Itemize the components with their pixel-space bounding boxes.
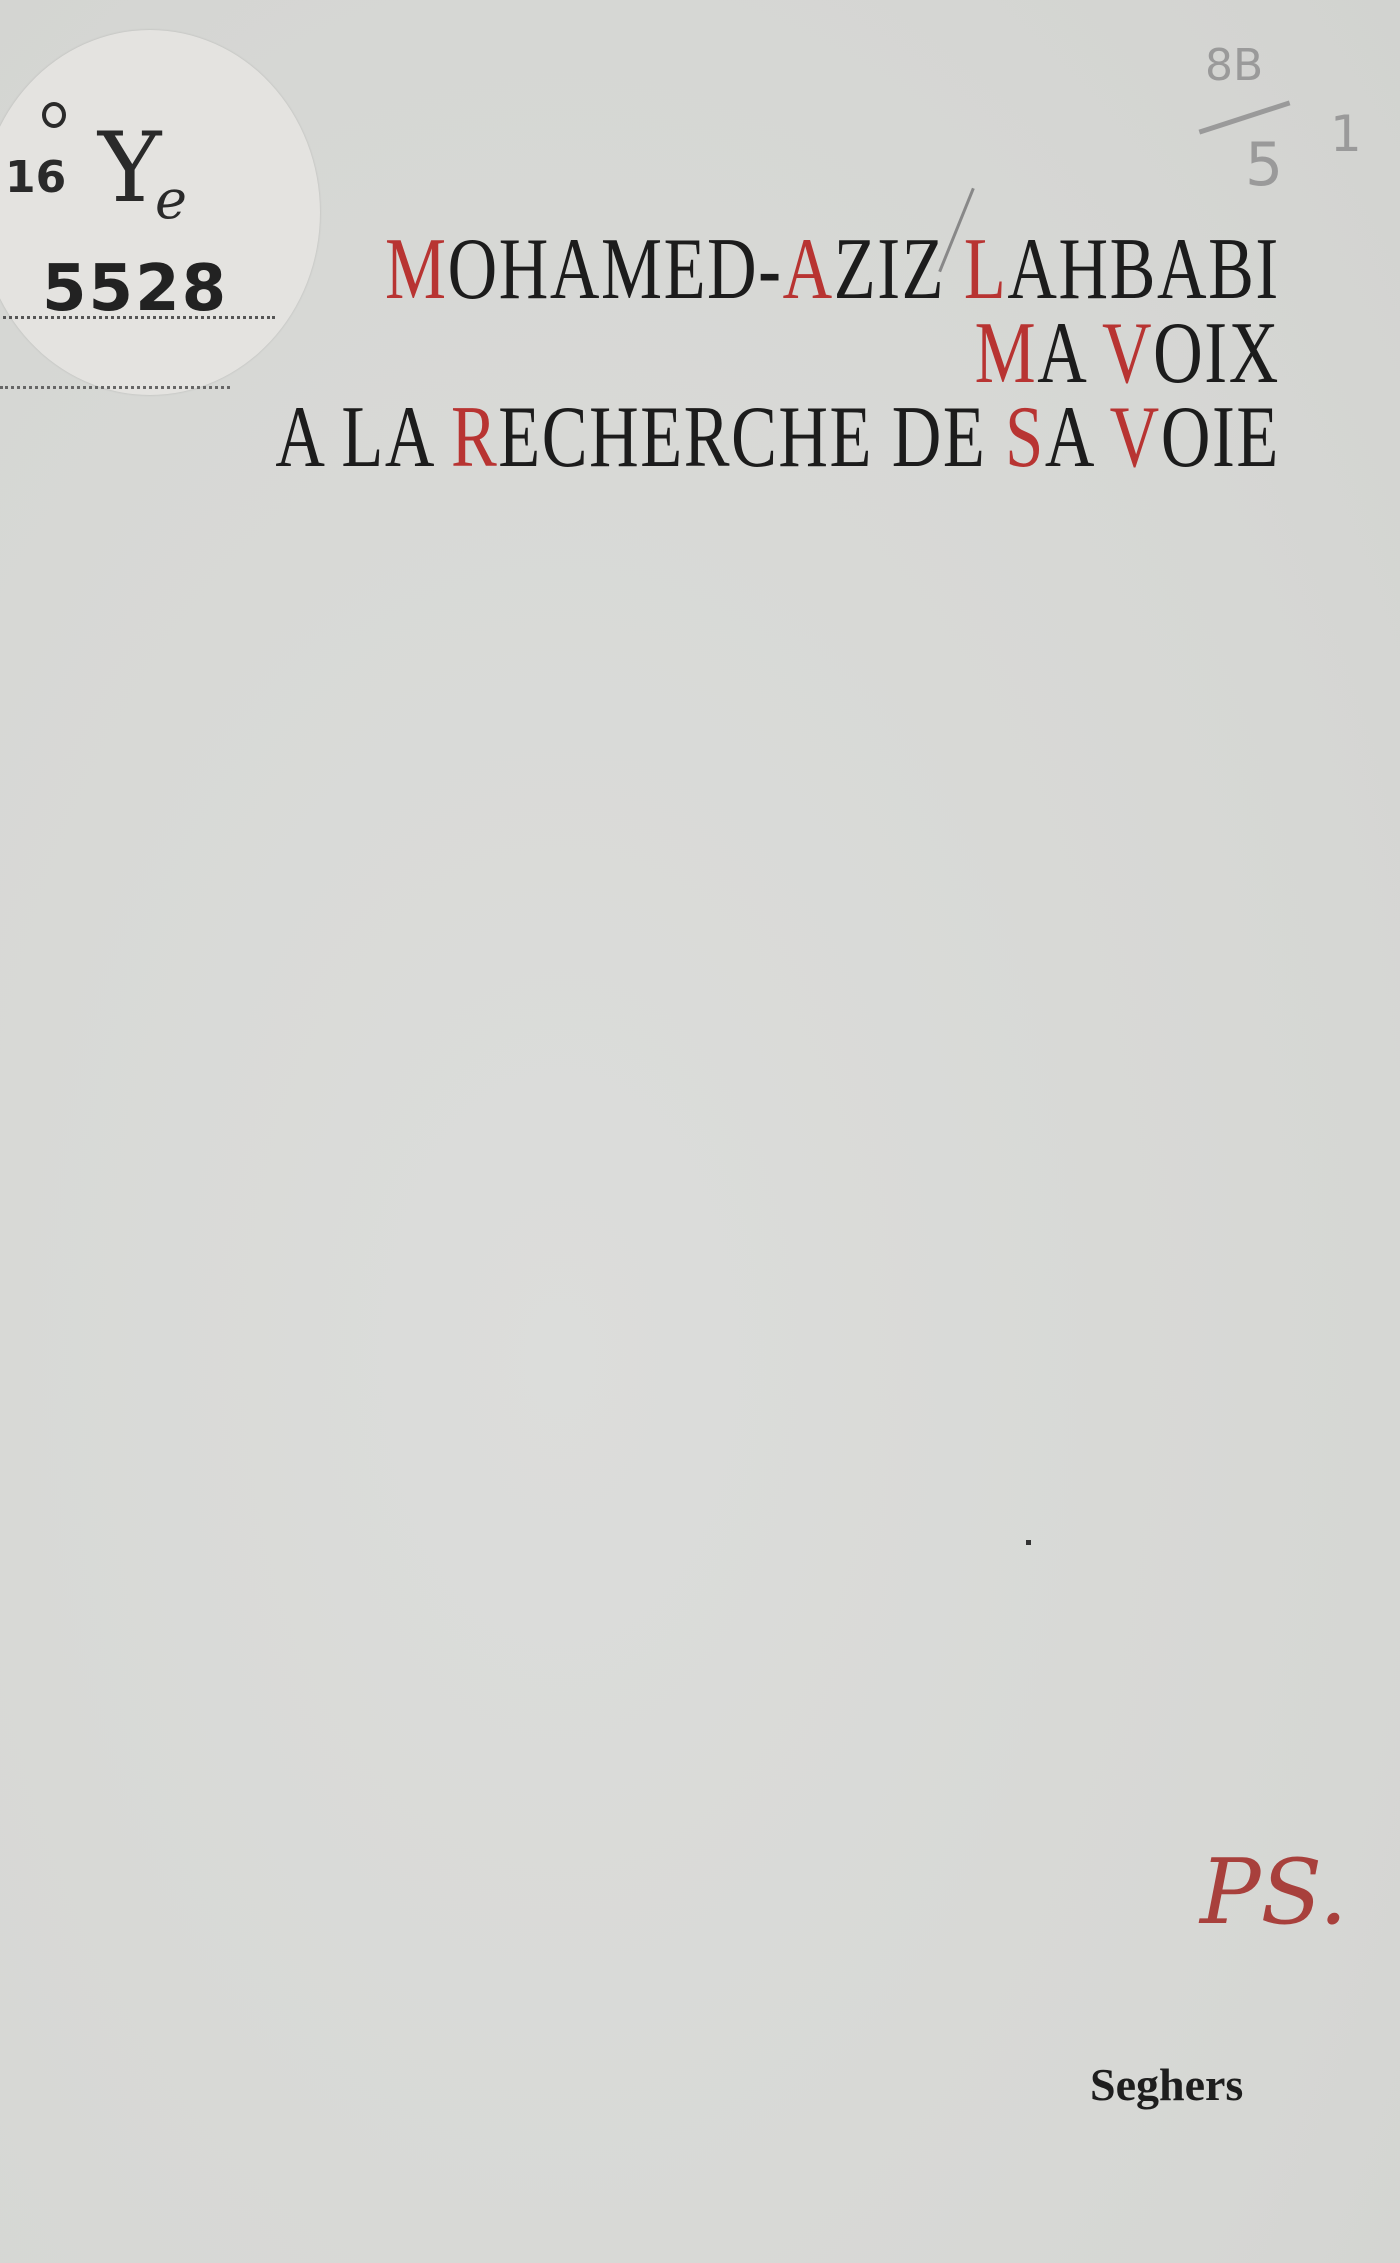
red-initial: A [783,221,834,318]
red-initial: V [1110,389,1161,486]
cover-title-block: MOHAMED-AZIZ LAHBABI MA VOIX A LA RECHER… [275,228,1280,480]
print-speck [1026,1540,1031,1545]
publisher-monogram: PS. [1200,1840,1348,1945]
red-initial: M [385,221,448,318]
pencil-annotation: 8B 5 1 [1205,40,1263,91]
red-initial: S [1005,389,1045,486]
dotted-rule [0,316,275,319]
title-text: OHAMED- [448,221,783,318]
library-stamp: 16 Y e 5528 [0,30,320,395]
stamp-number: 5528 [42,252,228,326]
author-name: MOHAMED-AZIZ LAHBABI [275,228,1280,312]
pencil-annotation-side: 1 [1330,105,1362,163]
title-text: A LA [275,389,451,486]
stamp-prefix: 16 [5,152,66,203]
red-initial: M [975,305,1038,402]
title-text: A [1045,389,1110,486]
stamp-call-letter: Y [98,112,161,224]
title-text: AHBABI [1007,221,1280,318]
title-text: ECHERCHE DE [498,389,1005,486]
title-text: A [1037,305,1102,402]
red-initial: L [964,221,1007,318]
pencil-annotation-bottom: 5 [1245,130,1283,200]
title-text: OIX [1153,305,1280,402]
red-initial: R [451,389,498,486]
dotted-rule [0,386,230,389]
title-line-2: A LA RECHERCHE DE SA VOIE [275,396,1280,480]
degree-mark [42,102,66,128]
title-text: ZIZ [834,221,964,318]
title-line-1: MA VOIX [275,312,1280,396]
title-text: OIE [1161,389,1280,486]
red-initial: V [1102,305,1153,402]
publisher-name: Seghers [1090,2058,1243,2111]
stamp-call-suffix: e [155,168,187,231]
pencil-annotation-top: 8B [1205,40,1263,91]
